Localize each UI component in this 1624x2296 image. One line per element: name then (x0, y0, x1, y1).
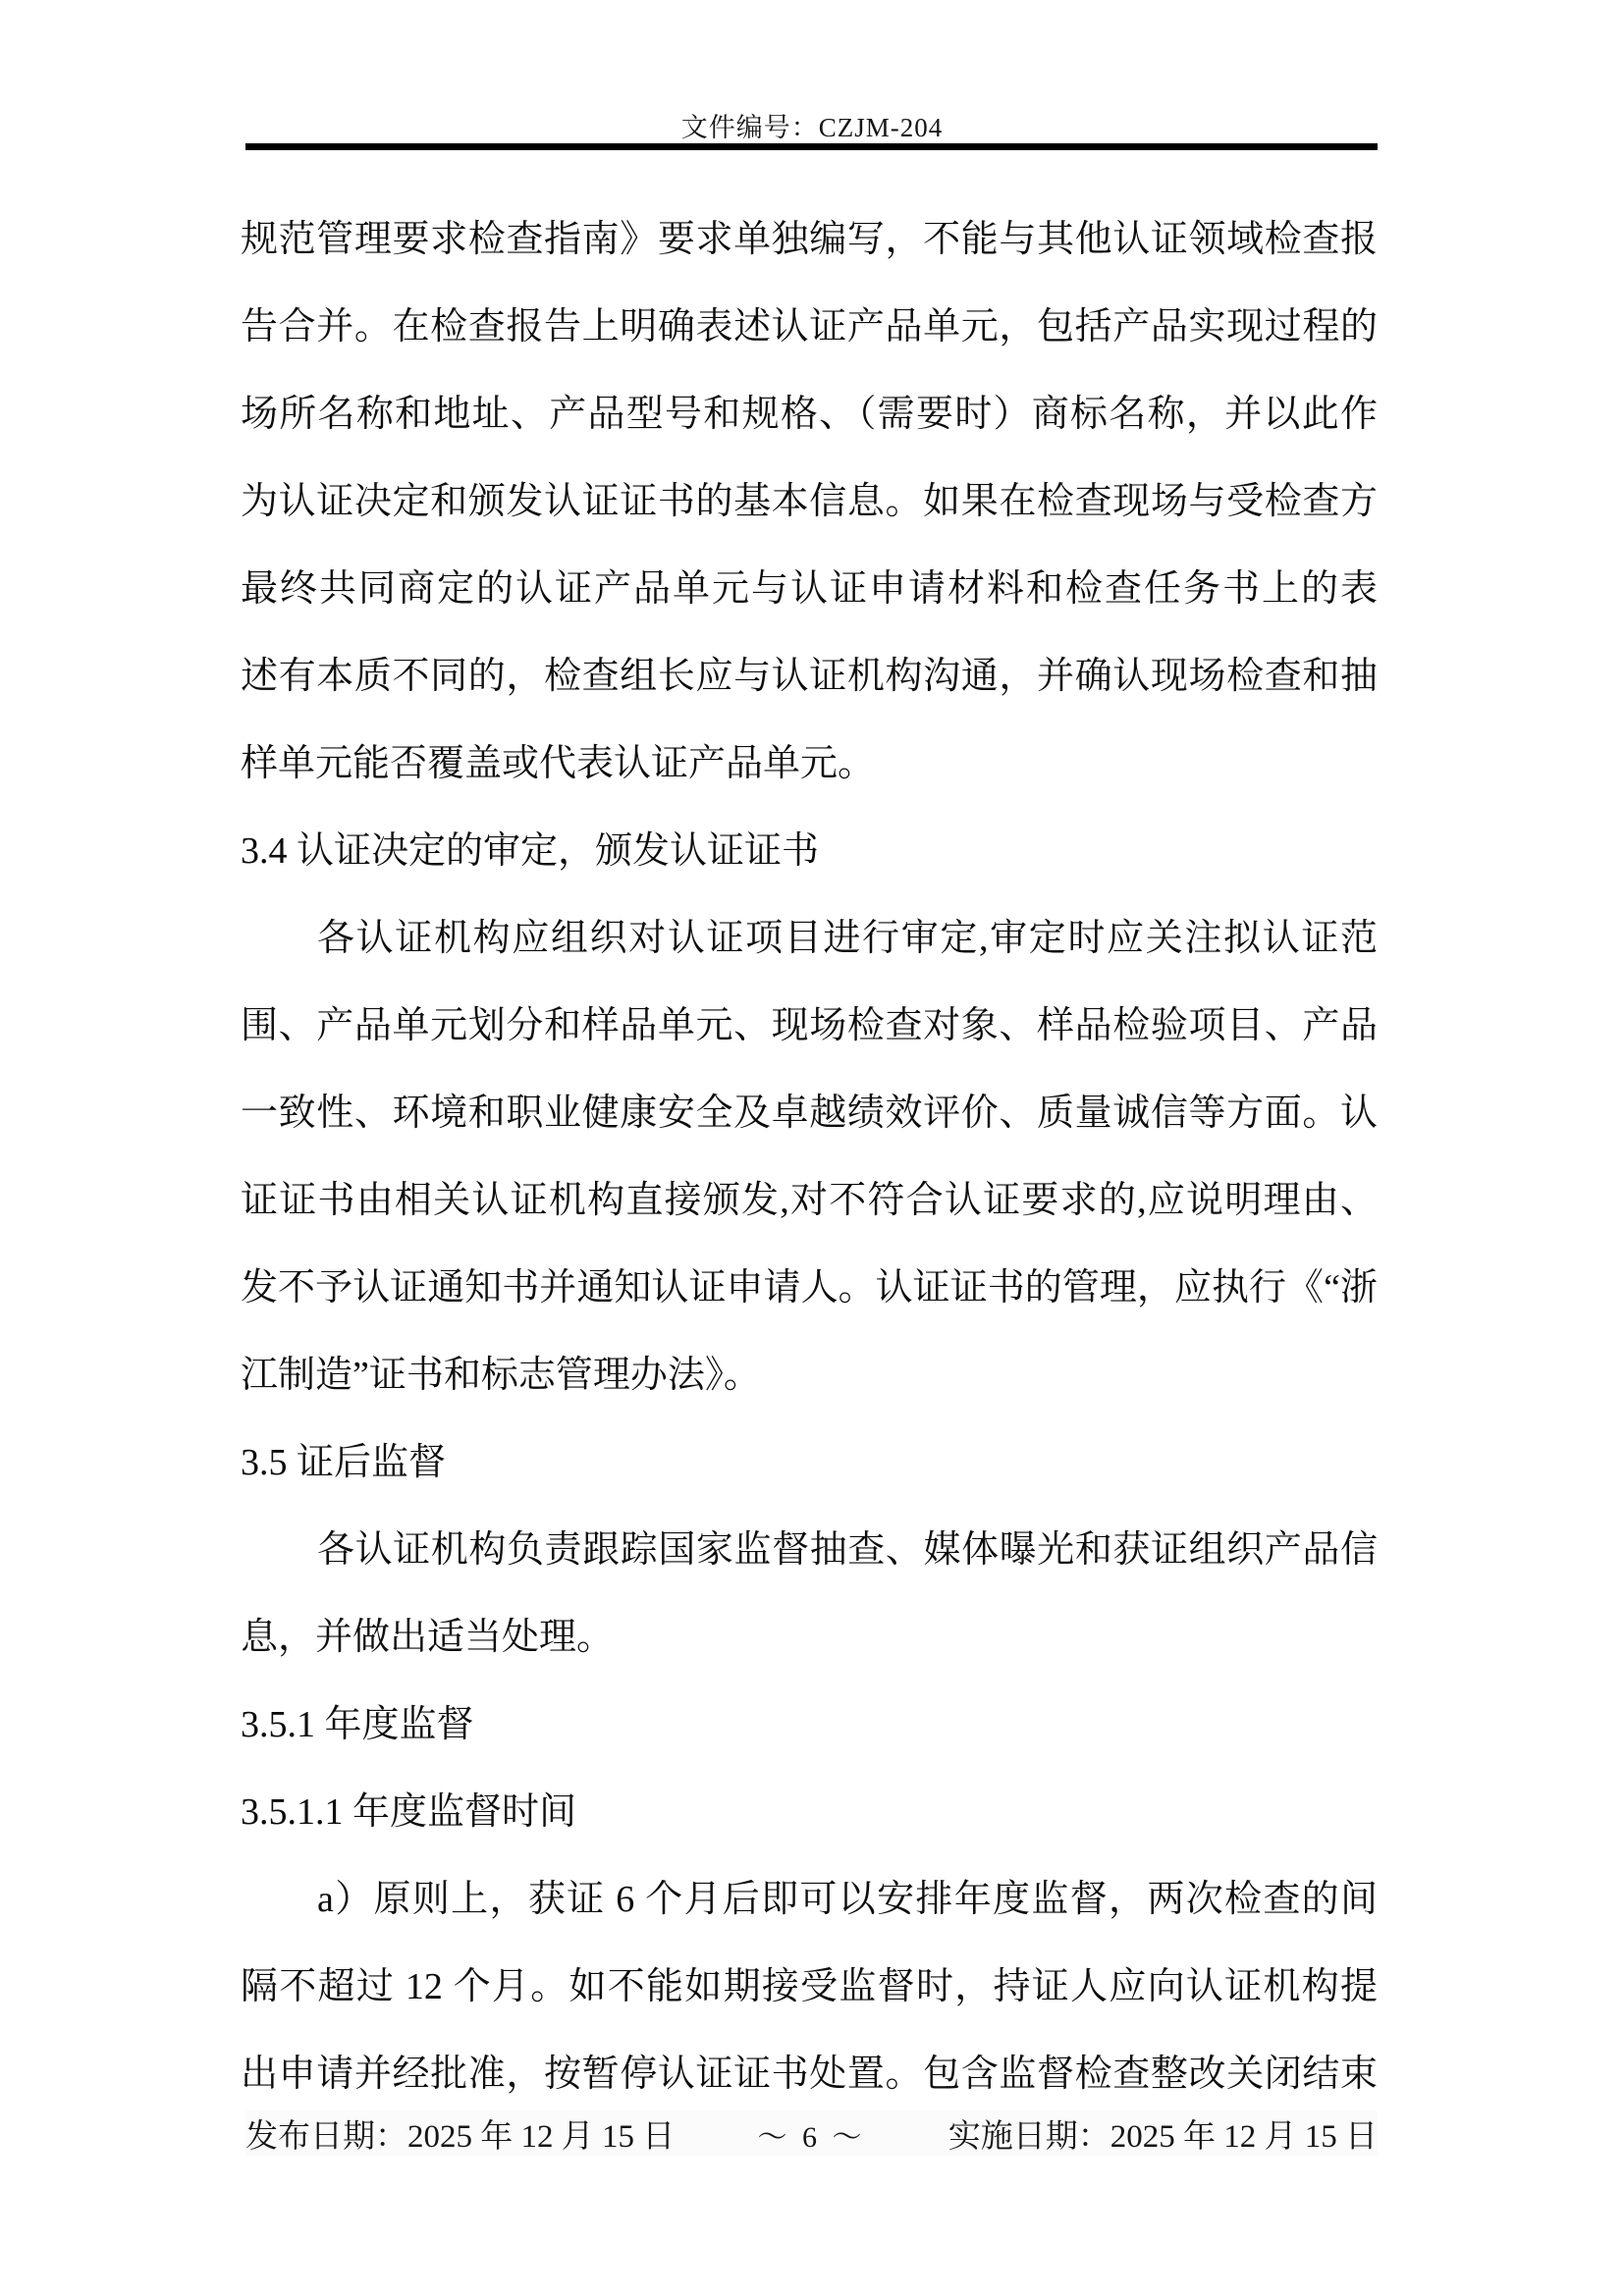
body-line: 为认证决定和颁发认证证书的基本信息。如果在检查现场与受检查方 (241, 458, 1378, 546)
body-line: 告合并。在检查报告上明确表述认证产品单元，包括产品实现过程的 (241, 284, 1378, 371)
document-number: 文件编号：CZJM-204 (0, 106, 1624, 144)
body-line: 隔不超过 12 个月。如不能如期接受监督时，持证人应向认证机构提 (241, 1944, 1378, 2031)
body-line: 一致性、环境和职业健康安全及卓越绩效评价、质量诚信等方面。认 (241, 1070, 1378, 1157)
body-line: 最终共同商定的认证产品单元与认证申请材料和检查任务书上的表 (241, 546, 1378, 633)
body-line: a）原则上，获证 6 个月后即可以安排年度监督，两次检查的间 (241, 1856, 1378, 1944)
release-date: 发布日期：2025 年 12 月 15 日 (245, 2110, 675, 2157)
section-heading: 3.4 认证决定的审定，颁发认证证书 (241, 808, 1378, 895)
document-body: 规范管理要求检查指南》要求单独编写，不能与其他认证领域检查报 告合并。在检查报告… (241, 196, 1378, 2118)
section-heading: 3.5 证后监督 (241, 1419, 1378, 1507)
body-line: 各认证机构应组织对认证项目进行审定,审定时应关注拟认证范 (241, 895, 1378, 983)
section-heading: 3.5.1 年度监督 (241, 1682, 1378, 1769)
body-line: 息，并做出适当处理。 (241, 1594, 1378, 1682)
body-line: 围、产品单元划分和样品单元、现场检查对象、样品检验项目、产品 (241, 983, 1378, 1070)
section-heading: 3.5.1.1 年度监督时间 (241, 1769, 1378, 1856)
implement-date: 实施日期：2025 年 12 月 15 日 (948, 2110, 1378, 2157)
body-line: 证证书由相关认证机构直接颁发,对不符合认证要求的,应说明理由、 (241, 1157, 1378, 1245)
body-line: 发不予认证通知书并通知认证申请人。认证证书的管理，应执行《“浙 (241, 1245, 1378, 1332)
header-rule (245, 143, 1378, 150)
body-line: 出申请并经批准，按暂停认证证书处置。包含监督检查整改关闭结束 (241, 2031, 1378, 2118)
page-number: ～ 6 ～ (758, 2112, 866, 2156)
document-page: 文件编号：CZJM-204 规范管理要求检查指南》要求单独编写，不能与其他认证领… (0, 0, 1624, 2296)
body-line: 江制造”证书和标志管理办法》。 (241, 1332, 1378, 1419)
body-line: 述有本质不同的，检查组长应与认证机构沟通，并确认现场检查和抽 (241, 633, 1378, 721)
body-line: 规范管理要求检查指南》要求单独编写，不能与其他认证领域检查报 (241, 196, 1378, 284)
page-footer: 发布日期：2025 年 12 月 15 日 ～ 6 ～ 实施日期：2025 年 … (245, 2110, 1378, 2157)
body-line: 各认证机构负责跟踪国家监督抽查、媒体曝光和获证组织产品信 (241, 1507, 1378, 1594)
body-line: 场所名称和地址、产品型号和规格、（需要时）商标名称，并以此作 (241, 371, 1378, 458)
body-line: 样单元能否覆盖或代表认证产品单元。 (241, 721, 1378, 808)
